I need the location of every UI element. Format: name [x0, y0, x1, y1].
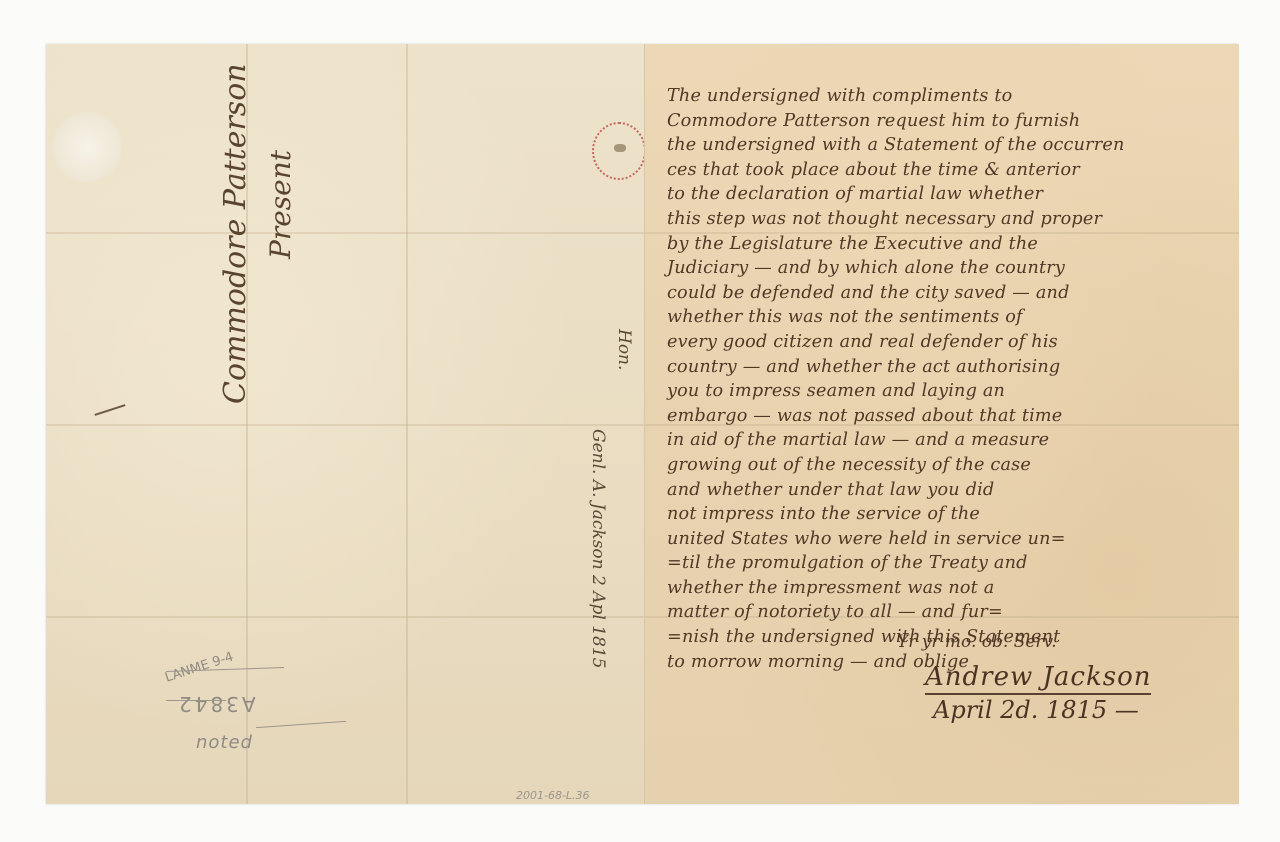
- fold-crease: [46, 232, 644, 234]
- signature: Andrew Jackson: [925, 662, 1151, 695]
- letter-line: matter of notoriety to all — and fur=: [667, 600, 1227, 625]
- docket-endorsement: Genl. A. Jackson 2 Apl 1815: [588, 429, 608, 669]
- letter-line: by the Legislature the Executive and the: [667, 232, 1227, 257]
- letter-line: and whether under that law you did: [667, 478, 1227, 503]
- letter-line: ces that took place about the time & ant…: [667, 158, 1227, 183]
- recipient-present: Present: [264, 150, 297, 259]
- pencil-dash: [166, 700, 226, 701]
- letter-line: could be defended and the city saved — a…: [667, 281, 1227, 306]
- recipient-address: Commodore Patterson: [218, 63, 253, 404]
- ink-stroke: [94, 404, 125, 416]
- red-postmark-stamp: [592, 122, 646, 180]
- letter-date: April 2d. 1815 —: [933, 696, 1139, 724]
- docket-honorific: Hon.: [614, 329, 634, 370]
- letter-line: united States who were held in service u…: [667, 527, 1227, 552]
- letter-line: Judiciary — and by which alone the count…: [667, 256, 1227, 281]
- letter-body: The undersigned with compliments to Comm…: [667, 84, 1227, 674]
- pencil-scrawl: noted: [196, 732, 253, 753]
- letter-line: whether the impressment was not a: [667, 576, 1227, 601]
- letter-sheet: Commodore Patterson Present Hon. Genl. A…: [46, 44, 1238, 804]
- pencil-underline: [256, 721, 346, 728]
- pencil-inverted-number: A3842: [176, 692, 256, 716]
- letter-line: you to impress seamen and laying an: [667, 379, 1227, 404]
- accession-number: 2001-68-L.36: [516, 789, 590, 802]
- letter-line: growing out of the necessity of the case: [667, 453, 1227, 478]
- letter-line: embargo — was not passed about that time: [667, 404, 1227, 429]
- fold-crease: [46, 616, 644, 618]
- letter-line: in aid of the martial law — and a measur…: [667, 428, 1227, 453]
- letter-line: to the declaration of martial law whethe…: [667, 182, 1227, 207]
- letter-line: whether this was not the sentiments of: [667, 305, 1227, 330]
- address-panel: Commodore Patterson Present Hon. Genl. A…: [46, 44, 644, 804]
- letter-closing: Yr yr mo. ob. Serv.: [897, 632, 1057, 652]
- letter-line: The undersigned with compliments to: [667, 84, 1227, 109]
- letter-line: not impress into the service of the: [667, 502, 1227, 527]
- letter-panel: The undersigned with compliments to Comm…: [644, 44, 1239, 804]
- letter-line: =til the promulgation of the Treaty and: [667, 551, 1227, 576]
- letter-line: every good citizen and real defender of …: [667, 330, 1227, 355]
- fold-crease: [46, 424, 644, 426]
- wax-seal-mark: [52, 112, 122, 182]
- postmark-center: [614, 144, 626, 152]
- letter-line: Commodore Patterson request him to furni…: [667, 109, 1227, 134]
- letter-line: the undersigned with a Statement of the …: [667, 133, 1227, 158]
- letter-line: country — and whether the act authorisin…: [667, 355, 1227, 380]
- letter-line: this step was not thought necessary and …: [667, 207, 1227, 232]
